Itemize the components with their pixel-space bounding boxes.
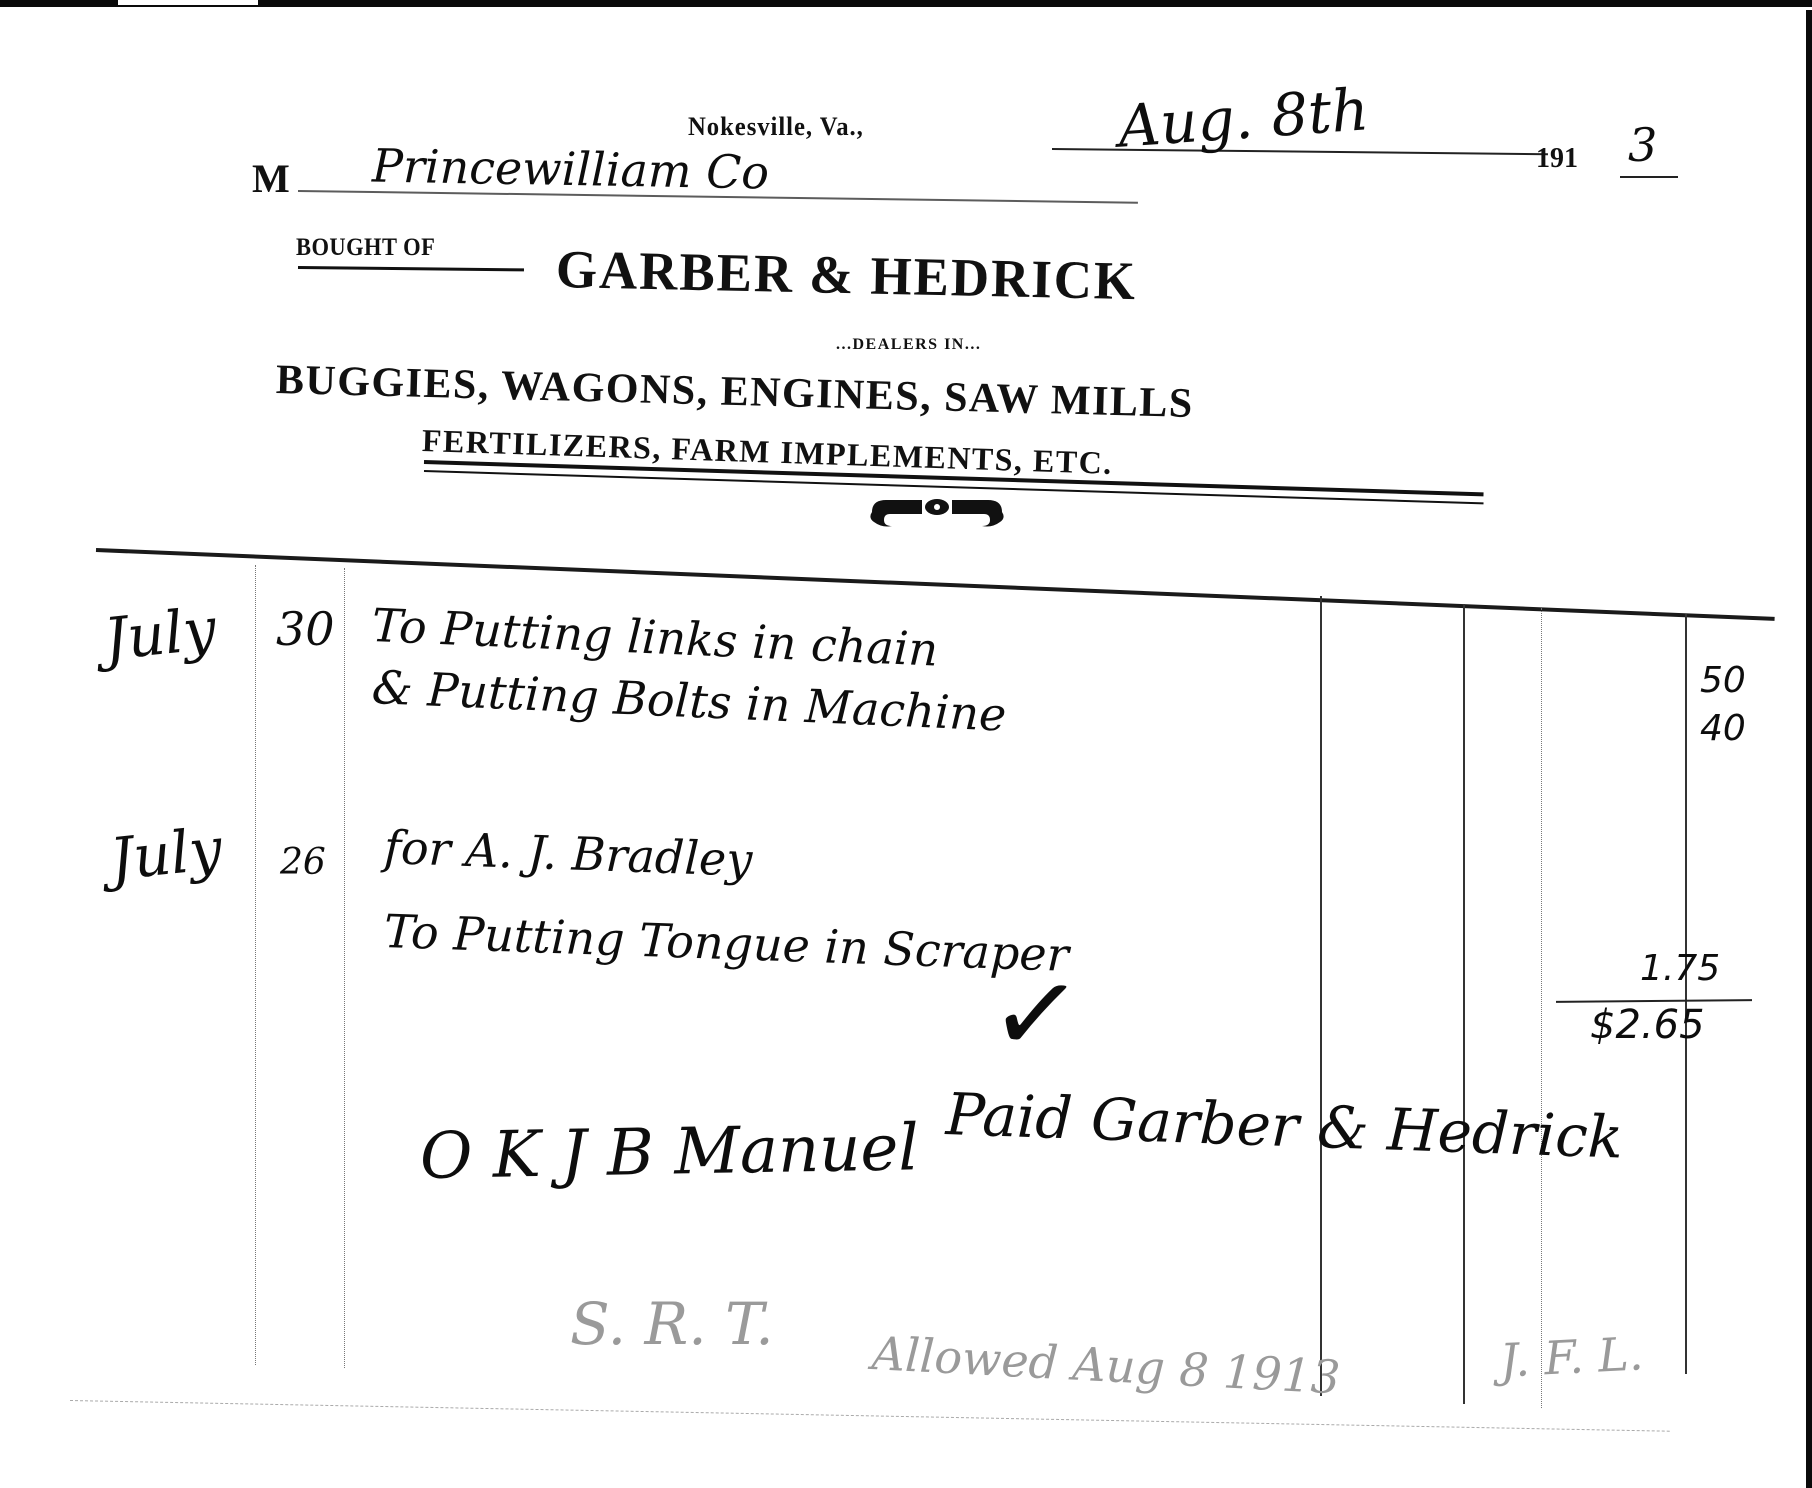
- ledger-bottom-rule: [70, 1400, 1670, 1433]
- scan-border-top: [0, 0, 1812, 7]
- column-divider-1: [1320, 596, 1322, 1396]
- place-text: Nokesville, Va.,: [688, 112, 864, 141]
- dealers-in-label: ...DEALERS IN...: [836, 336, 981, 354]
- entry-2-amount: 1.75: [1640, 948, 1720, 989]
- auditor-initials: S. R. T.: [570, 1290, 774, 1358]
- bought-of-underline: [298, 266, 524, 271]
- firm-name: GARBER & HEDRICK: [555, 238, 1137, 312]
- goods-line-1: BUGGIES, WAGONS, ENGINES, SAW MILLS: [275, 356, 1194, 428]
- column-divider-month: [255, 565, 257, 1365]
- scroll-ornament-icon: [862, 490, 1012, 535]
- year-printed: 191: [1536, 143, 1578, 175]
- entry-2-line-2: To Putting Tongue in Scraper: [383, 904, 1070, 982]
- paid-by-annotation: Paid Garber & Hedrick: [945, 1080, 1624, 1172]
- year-handwritten: 3: [1628, 118, 1657, 172]
- column-divider-3: [1541, 608, 1543, 1408]
- place-line: Nokesville, Va.,: [688, 112, 864, 142]
- ok-initials-annotation: O K J B Manuel: [419, 1111, 919, 1194]
- column-divider-2: [1463, 604, 1465, 1404]
- year-underline: [1620, 176, 1678, 178]
- entry-1-day: 30: [276, 602, 335, 656]
- column-divider-day: [344, 568, 346, 1368]
- entry-1-amount-1: 50: [1700, 660, 1746, 701]
- checkmark-icon: ✓: [984, 946, 1089, 1083]
- scan-border-gap: [118, 0, 258, 5]
- total-amount: $2.65: [1590, 1002, 1705, 1048]
- entry-2-day: 26: [280, 842, 326, 883]
- date-handwritten: Aug. 8th: [1116, 75, 1371, 160]
- ledger-top-rule: [96, 548, 1775, 621]
- bought-of-label: Bought of: [296, 234, 435, 262]
- m-label: M: [252, 155, 290, 202]
- allowed-note: Allowed Aug 8 1913: [871, 1326, 1342, 1404]
- allowed-initials: J. F. L.: [1499, 1326, 1645, 1387]
- entry-2-month: July: [107, 814, 225, 893]
- entry-2-line-1: for A. J. Bradley: [383, 820, 753, 887]
- scan-border-right: [1806, 10, 1812, 1488]
- column-divider-4: [1685, 614, 1687, 1374]
- entry-1-month: July: [101, 594, 219, 673]
- entry-1-amount-2: 40: [1700, 708, 1746, 749]
- customer-handwritten: Princewilliam Co: [372, 139, 770, 200]
